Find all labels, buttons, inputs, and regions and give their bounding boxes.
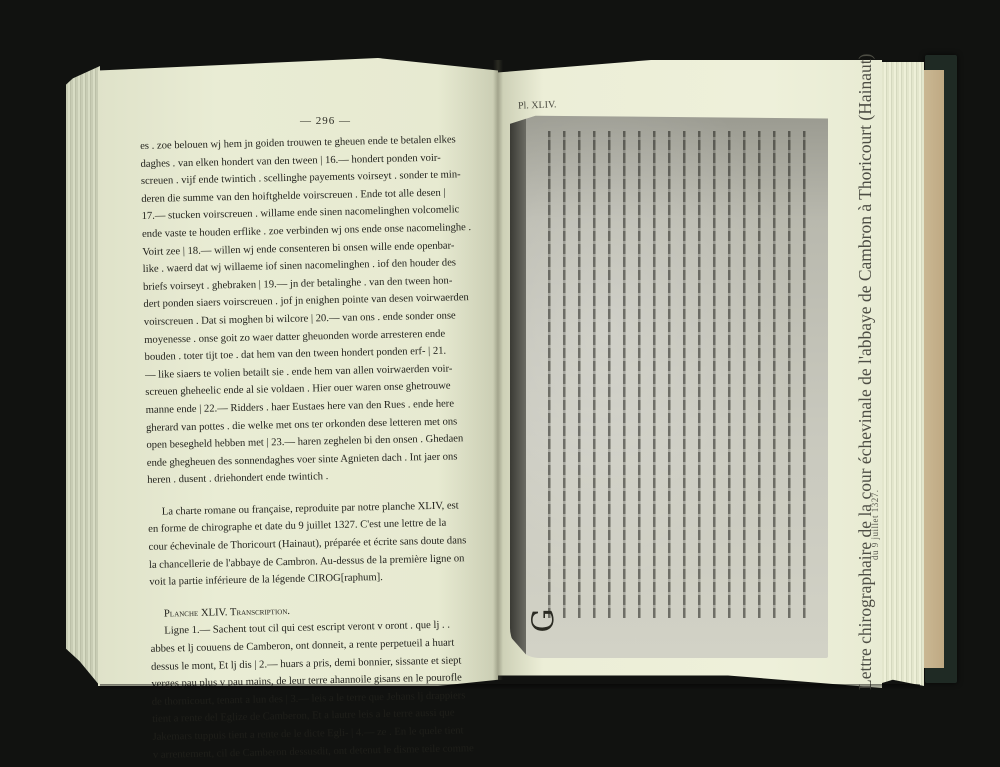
handwriting-lines [540,131,818,618]
page-shadow [100,684,920,690]
left-page-edges [66,66,100,686]
plate-label: Pl. XLIV. [518,99,557,111]
manuscript-photo: G [510,113,828,658]
decorated-initial: G [526,609,561,633]
manuscript-edge-strip [510,113,526,658]
plate-caption-date: du 9 juillet 1327. [870,490,880,561]
cover-board-inner [922,70,944,668]
plate-caption: Lettre chirographaire de la cour échevin… [855,54,876,690]
left-page-text: es . zoe belouen wj hem jn goiden trouwe… [140,131,508,764]
page-number: — 296 — [300,115,351,127]
